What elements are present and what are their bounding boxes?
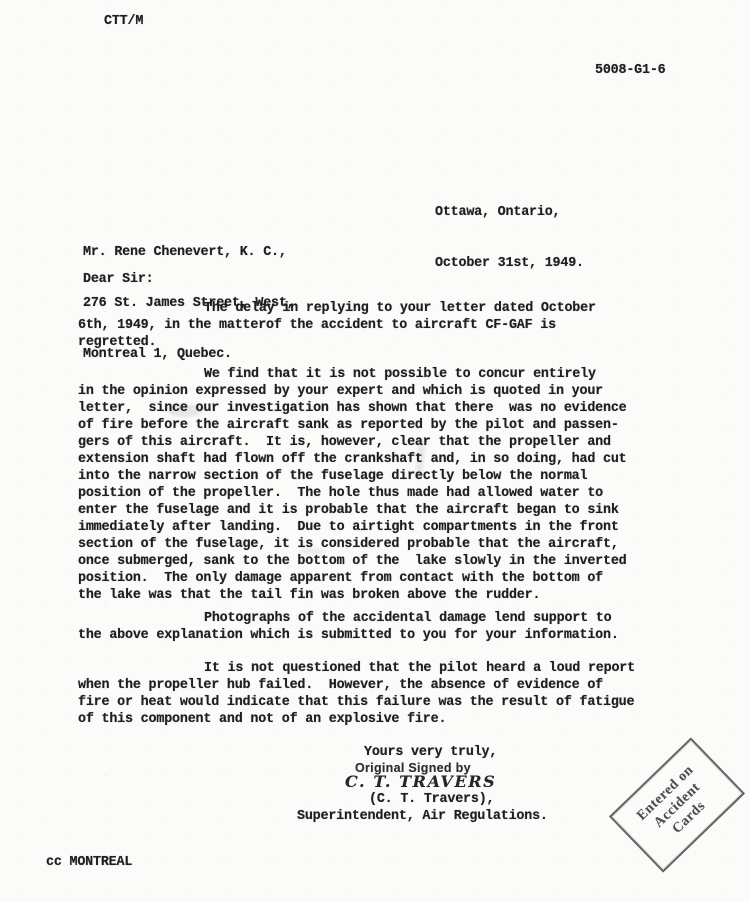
date-line: October 31st, 1949. — [435, 255, 584, 272]
scanned-letter-page: CTT/M 5008-G1-6 Ottawa, Ontario, October… — [0, 0, 750, 902]
place-line: Ottawa, Ontario, — [435, 204, 584, 221]
signature-facsimile: C. T. TRAVERS — [345, 772, 496, 791]
signer-title: Superintendent, Air Regulations. — [297, 808, 548, 825]
recipient-name: Mr. Rene Chenevert, K. C., — [83, 244, 295, 261]
signer-typed-name: (C. T. Travers), — [369, 791, 494, 808]
cc-line: cc MONTREAL — [46, 854, 132, 871]
typist-initials: CTT/M — [104, 13, 143, 30]
salutation: Dear Sir: — [83, 271, 154, 288]
place-date-block: Ottawa, Ontario, October 31st, 1949. — [435, 170, 584, 306]
body-paragraph-2: We find that it is not possible to concu… — [78, 366, 726, 604]
valediction: Yours very truly, — [364, 744, 497, 761]
body-paragraph-1: The delay in replying to your letter dat… — [78, 300, 726, 351]
file-number: 5008-G1-6 — [595, 62, 666, 79]
entered-on-accident-cards-stamp: Entered on Accident Cards — [609, 737, 745, 872]
body-paragraph-3: Photographs of the accidental damage len… — [78, 610, 726, 644]
body-paragraph-4: It is not questioned that the pilot hear… — [78, 660, 726, 728]
